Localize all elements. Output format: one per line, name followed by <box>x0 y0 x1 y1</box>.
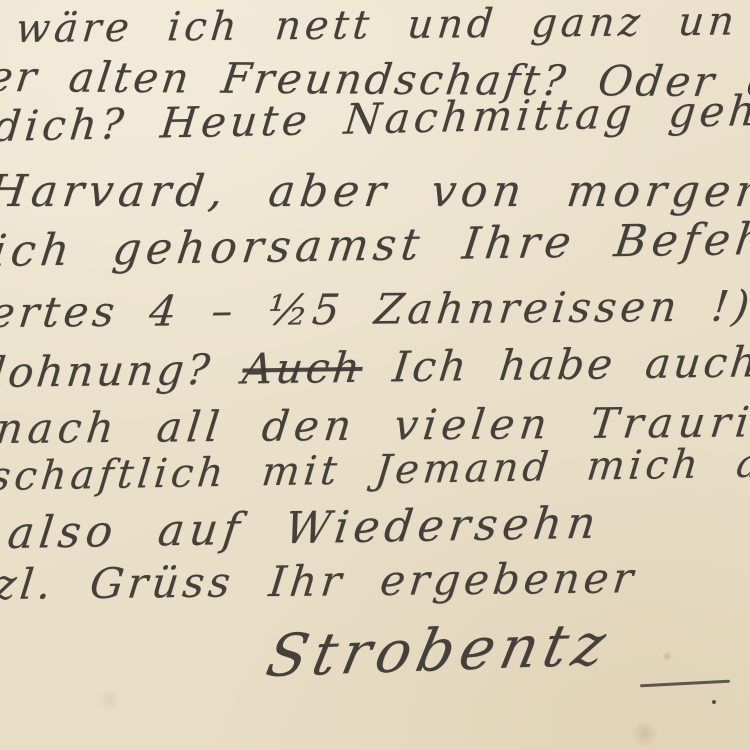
strikethrough-word: Auch <box>240 343 365 394</box>
stain-spot <box>630 722 660 746</box>
letter-page: wäre ich nett und ganz un er alten Freun… <box>0 0 750 750</box>
handwritten-line: lohnung? Auch Ich habe auch da <box>0 336 750 397</box>
stain-spot <box>662 652 672 661</box>
handwritten-line: ertes 4 – ½5 Zahnreissen !) aber <box>0 280 750 337</box>
signature: Strobentz <box>261 610 618 690</box>
handwritten-line: ich gehorsamst Ihre Befehle <box>0 213 750 277</box>
line-text-after-correction: Ich habe auch da <box>360 336 750 392</box>
stain-spot <box>96 690 122 710</box>
line-text-before-correction: lohnung? <box>0 344 245 397</box>
signature-flourish-dash <box>640 680 730 688</box>
handwritten-line: Harvard, aber von morgen ab <box>0 166 750 217</box>
handwritten-line: wäre ich nett und ganz un <box>14 0 740 52</box>
handwritten-line: also auf Wiedersehn <box>5 498 603 559</box>
closing-line: zl. Grüss Ihr ergebener <box>0 553 640 609</box>
ink-dot <box>712 700 716 704</box>
